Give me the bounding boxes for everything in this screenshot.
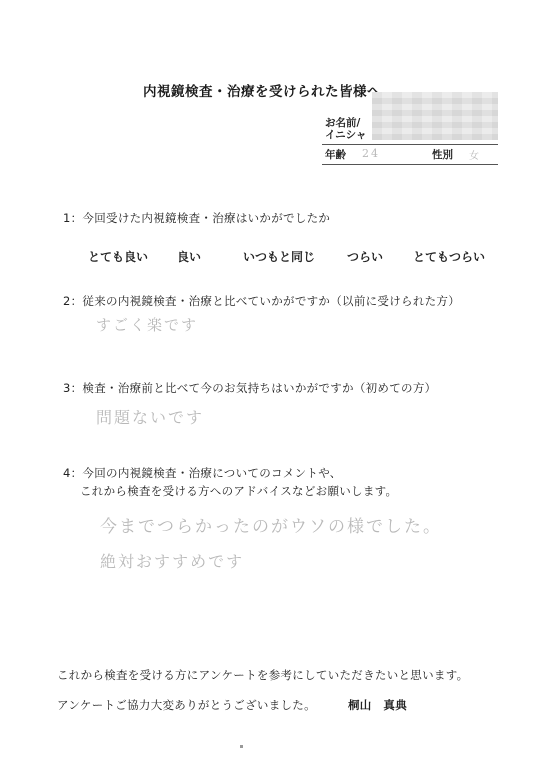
divider-line bbox=[322, 144, 498, 145]
option-very-hard[interactable]: とてもつらい bbox=[413, 248, 485, 265]
age-value: 24 bbox=[362, 147, 380, 160]
gender-label: 性別 bbox=[432, 149, 453, 161]
name-field-redacted bbox=[372, 92, 498, 140]
scan-speck bbox=[240, 745, 243, 748]
answer-3-handwritten: 問題ないです bbox=[96, 405, 204, 428]
footer-thanks: アンケートご協力大変ありがとうございました。 bbox=[57, 697, 316, 713]
question-number: 3： bbox=[63, 381, 82, 395]
question-2: 2：従来の内視鏡検査・治療と比べていかがですか（以前に受けられた方） bbox=[63, 293, 460, 309]
option-very-good[interactable]: とても良い bbox=[88, 248, 148, 265]
option-same-as-usual[interactable]: いつもと同じ bbox=[243, 248, 315, 265]
question-1: 1：今回受けた内視鏡検査・治療はいかがでしたか bbox=[63, 210, 330, 226]
question-number: 2： bbox=[63, 294, 82, 308]
option-good[interactable]: 良い bbox=[177, 248, 201, 265]
answer-4-handwritten-line1: 今までつらかったのがウソの様でした。 bbox=[100, 512, 442, 537]
name-label-line1: お名前/ bbox=[325, 117, 360, 129]
age-label: 年齢 bbox=[325, 149, 346, 161]
answer-2-handwritten: すごく楽です bbox=[96, 314, 198, 335]
question-number: 4： bbox=[63, 466, 82, 480]
divider-line-bottom bbox=[322, 164, 498, 165]
page-title: 内視鏡検査・治療を受けられた皆様へ bbox=[143, 80, 381, 100]
signature: 桐山 真典 bbox=[348, 697, 407, 713]
gender-value: 女 bbox=[469, 147, 481, 162]
question-text: 検査・治療前と比べて今のお気持ちはいかがですか（初めての方） bbox=[82, 381, 436, 395]
name-label-line2: イニシャ bbox=[325, 129, 366, 141]
respondent-info-box: お名前/ イニシャ 年齢 24 性別 女 bbox=[322, 100, 498, 165]
answer-4-handwritten-line2: 絶対おすすめです bbox=[100, 549, 244, 572]
footer-message: これから検査を受ける方にアンケートを参考にしていただきたいと思います。 bbox=[57, 667, 468, 683]
question-3: 3：検査・治療前と比べて今のお気持ちはいかがですか（初めての方） bbox=[63, 380, 436, 396]
question-number: 1： bbox=[63, 211, 82, 225]
question-4-line1: 4：今回の内視鏡検査・治療についてのコメントや、 bbox=[63, 465, 342, 481]
question-text: 従来の内視鏡検査・治療と比べていかがですか（以前に受けられた方） bbox=[82, 294, 460, 308]
question-text: 今回の内視鏡検査・治療についてのコメントや、 bbox=[82, 466, 341, 480]
question-text: 今回受けた内視鏡検査・治療はいかがでしたか bbox=[82, 211, 330, 225]
option-hard[interactable]: つらい bbox=[347, 248, 383, 265]
question-4-line2: これから検査を受ける方へのアドバイスなどお願いします。 bbox=[80, 483, 397, 499]
